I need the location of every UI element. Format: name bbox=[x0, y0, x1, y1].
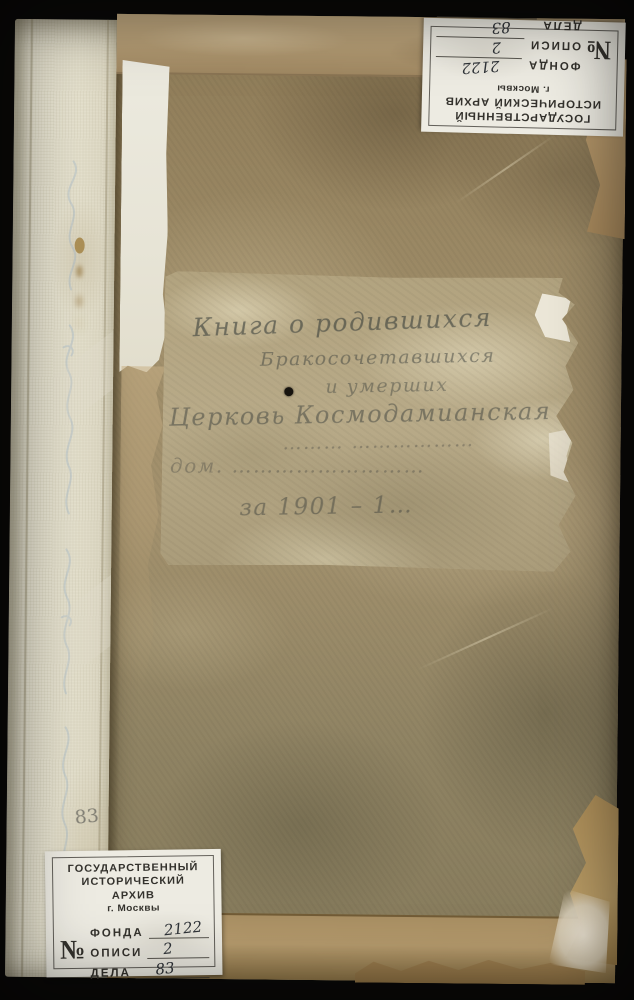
archive-stamp-bottom: ГОСУДАРСТВЕННЫЙ ИСТОРИЧЕСКИЙ АРХИВ г. Мо… bbox=[45, 849, 223, 977]
number-sign: № bbox=[60, 936, 86, 967]
fond-line: 2122 bbox=[148, 920, 209, 939]
opis-value-handwritten: 2 bbox=[162, 939, 173, 958]
stamp-archive-name-line2: ИСТОРИЧЕСКИЙ АРХИВ bbox=[58, 874, 208, 903]
opis-value-handwritten: 2 bbox=[491, 38, 502, 57]
delo-line: 83 bbox=[436, 16, 536, 36]
delo-line: 83 bbox=[136, 960, 210, 979]
stamp-row-opis: ОПИСИ 2 bbox=[90, 940, 209, 960]
stamp-row-delo: ДЕЛА 83 bbox=[436, 16, 581, 38]
stamp-rows: ФОНДА 2122 ОПИСИ 2 ДЕЛА bbox=[90, 918, 210, 982]
stamp-border-box: ГОСУДАРСТВЕННЫЙ ИСТОРИЧЕСКИЙ АРХИВ г. Мо… bbox=[52, 855, 216, 969]
archive-book-photo: 83 Книга о родившихся Бракосочетавш bbox=[0, 0, 634, 1000]
stamp-row-delo: ДЕЛА 83 bbox=[90, 960, 209, 980]
fond-line: 2122 bbox=[435, 56, 522, 76]
handwriting-line-6-illegible: дом. ……………………… bbox=[170, 453, 425, 477]
handwriting-line-2: Бракосочетавшихся bbox=[260, 345, 496, 371]
cover-scratch bbox=[455, 134, 555, 203]
spine-joint-crease bbox=[97, 20, 109, 978]
stamp-header: ГОСУДАРСТВЕННЫЙ ИСТОРИЧЕСКИЙ АРХИВ г. Мо… bbox=[434, 80, 611, 125]
stamp-row-opis: ОПИСИ 2 bbox=[436, 36, 581, 58]
stamp-archive-name-line1: ГОСУДАРСТВЕННЫЙ bbox=[58, 860, 208, 876]
spine-pencil-number: 83 bbox=[74, 805, 100, 829]
stamp-border-box: ГОСУДАРСТВЕННЫЙ ИСТОРИЧЕСКИЙ АРХИВ г. Мо… bbox=[428, 26, 618, 131]
opis-line: 2 bbox=[147, 940, 209, 959]
delo-value-handwritten: 83 bbox=[491, 18, 511, 37]
stamp-row-fond: ФОНДА 2122 bbox=[90, 920, 209, 940]
handwriting-line-3: и умерших bbox=[325, 374, 448, 398]
handwriting-line-1: Книга о родившихся bbox=[192, 303, 492, 342]
book-cover: 83 Книга о родившихся Бракосочетавш bbox=[5, 9, 625, 987]
opis-line: 2 bbox=[436, 36, 524, 56]
fond-value-handwritten: 2122 bbox=[461, 57, 500, 77]
cover-scratch bbox=[417, 607, 554, 671]
stamp-body: № ФОНДА 2122 ОПИСИ 2 bbox=[59, 918, 210, 982]
fond-label: ФОНДА bbox=[90, 927, 144, 940]
opis-label: ОПИСИ bbox=[90, 947, 142, 960]
fond-label: ФОНДА bbox=[527, 58, 581, 71]
stamp-header: ГОСУДАРСТВЕННЫЙ ИСТОРИЧЕСКИЙ АРХИВ г. Мо… bbox=[58, 860, 209, 915]
handwriting-line-5-illegible: ……… ……………… bbox=[282, 429, 474, 454]
stamp-row-fond: ФОНДА 2122 bbox=[435, 56, 580, 78]
spine-handwriting-scribble bbox=[46, 147, 90, 887]
handwriting-line-7-years: за 1901 – 1… bbox=[239, 492, 413, 521]
delo-value-handwritten: 83 bbox=[154, 959, 175, 979]
delo-label: ДЕЛА bbox=[541, 19, 582, 32]
number-sign: № bbox=[586, 34, 612, 65]
pasted-paper-strip bbox=[119, 60, 169, 372]
stamp-body: № ФОНДА 2122 ОПИСИ 2 bbox=[435, 14, 612, 80]
spine-crease bbox=[21, 19, 33, 977]
book-spine: 83 bbox=[5, 19, 119, 978]
fond-value-handwritten: 2122 bbox=[163, 917, 203, 939]
stamp-rows: ФОНДА 2122 ОПИСИ 2 ДЕЛА bbox=[435, 14, 581, 80]
archive-stamp-top: ГОСУДАРСТВЕННЫЙ ИСТОРИЧЕСКИЙ АРХИВ г. Мо… bbox=[421, 18, 626, 137]
delo-label: ДЕЛА bbox=[91, 967, 131, 980]
title-label: Книга о родившихся Бракосочетавшихся и у… bbox=[160, 271, 579, 572]
opis-label: ОПИСИ bbox=[529, 38, 581, 51]
stamp-city: г. Москвы bbox=[58, 901, 208, 915]
handwriting-line-4: Церковь Космодамианская bbox=[169, 397, 552, 432]
ink-dot bbox=[284, 387, 293, 396]
